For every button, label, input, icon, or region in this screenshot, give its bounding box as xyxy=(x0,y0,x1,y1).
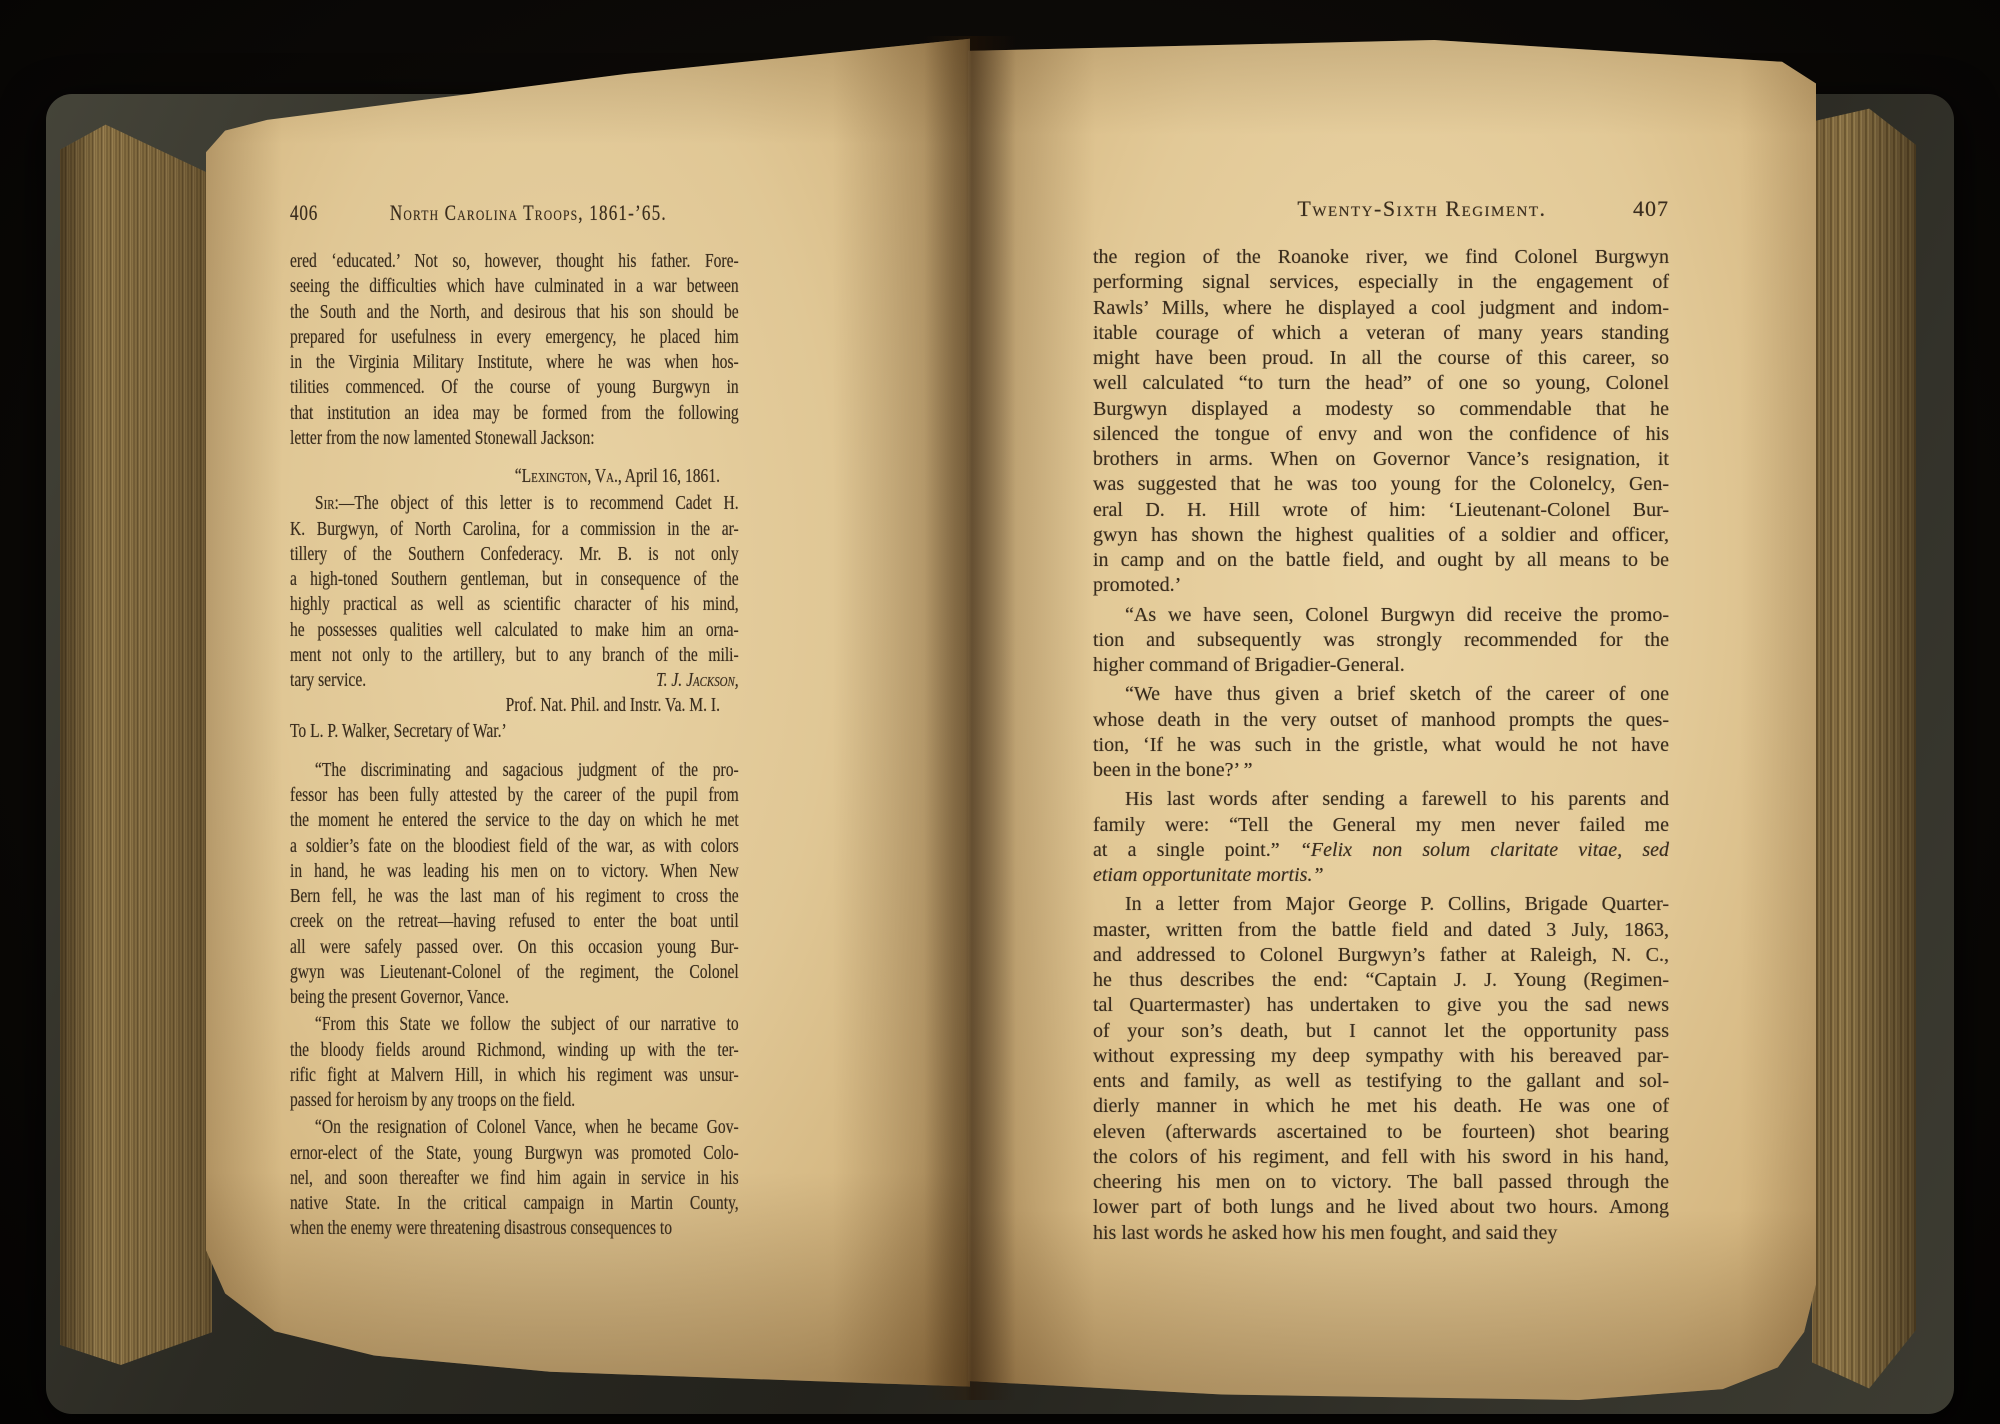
text-line: cheering his men on to victory. The ball… xyxy=(1093,1170,1669,1195)
text-line: being the present Governor, Vance. xyxy=(290,985,739,1010)
text-segment: “From this State we follow the subject o… xyxy=(315,1013,739,1035)
text-segment: tion, ‘If he was such in the gristle, wh… xyxy=(1093,734,1669,756)
text-line: in hand, he was leading his men on to vi… xyxy=(290,859,739,884)
text-line: family were: “Tell the General my men ne… xyxy=(1093,813,1669,838)
text-segment: brothers in arms. When on Governor Vance… xyxy=(1093,448,1669,470)
text-segment: “We have thus given a brief sketch of th… xyxy=(1125,683,1669,705)
text-line: native State. In the critical campaign i… xyxy=(290,1191,739,1216)
text-line: ents and family, as well as testifying t… xyxy=(1093,1069,1669,1094)
text-segment: he thus describes the end: “Captain J. J… xyxy=(1093,969,1669,991)
text-segment: ment not only to the artillery, but to a… xyxy=(290,644,739,666)
text-segment: he possesses qualities well calculated t… xyxy=(290,619,739,641)
text-segment: at a single point.” xyxy=(1093,839,1300,861)
right-page-text: the region of the Roanoke river, we find… xyxy=(1093,245,1669,1246)
photo-background: 406 North Carolina Troops, 1861-’65. ere… xyxy=(0,0,2000,1424)
text-segment: that institution an idea may be formed f… xyxy=(290,402,739,424)
text-line: without expressing my deep sympathy with… xyxy=(1093,1044,1669,1069)
text-line: etiam opportunitate mortis.” xyxy=(1093,863,1669,888)
text-segment: performing signal services, especially i… xyxy=(1093,271,1669,293)
text-segment: tillery of the Southern Confederacy. Mr.… xyxy=(290,543,739,565)
text-line: “As we have seen, Colonel Burgwyn did re… xyxy=(1093,603,1669,628)
text-segment: master, written from the battle field an… xyxy=(1093,919,1669,941)
text-segment: the region of the Roanoke river, we find… xyxy=(1093,246,1669,268)
text-segment: native State. In the critical campaign i… xyxy=(290,1192,739,1214)
text-segment: creek on the retreat—having refused to e… xyxy=(290,910,739,932)
text-line: gwyn was Lieutenant-Colonel of the regim… xyxy=(290,960,739,985)
text-line: “The discriminating and sagacious judgme… xyxy=(290,758,739,783)
text-segment: the bloody fields around Richmond, windi… xyxy=(290,1039,739,1061)
text-line: tilities commenced. Of the course of you… xyxy=(290,375,739,400)
text-line: Prof. Nat. Phil. and Instr. Va. M. I. xyxy=(290,693,739,718)
text-line: tary service.T. J. Jackson, xyxy=(290,668,739,693)
paragraph: In a letter from Major George P. Collins… xyxy=(1093,892,1669,1246)
text-segment: silenced the tongue of envy and won the … xyxy=(1093,423,1669,445)
left-page-content: 406 North Carolina Troops, 1861-’65. ere… xyxy=(290,200,739,1242)
text-segment: highly practical as well as scientific c… xyxy=(290,593,739,615)
text-line: a high-toned Southern gentleman, but in … xyxy=(290,567,739,592)
text-segment: his last words he asked how his men foug… xyxy=(1093,1222,1557,1244)
paragraph: the region of the Roanoke river, we find… xyxy=(1093,245,1669,599)
text-segment: Prof. Nat. Phil. and Instr. Va. M. I. xyxy=(506,694,720,716)
text-line: master, written from the battle field an… xyxy=(1093,918,1669,943)
text-line: “Lexington, Va., April 16, 1861. xyxy=(290,464,739,489)
text-segment: gwyn was Lieutenant-Colonel of the regim… xyxy=(290,961,739,983)
text-segment: K. Burgwyn, of North Carolina, for a com… xyxy=(290,518,739,540)
text-line: nel, and soon thereafter we find him aga… xyxy=(290,1166,739,1191)
paragraph: Sir:—The object of this letter is to rec… xyxy=(290,491,739,744)
text-line: tion and subsequently was strongly recom… xyxy=(1093,628,1669,653)
paragraph: ered ‘educated.’ Not so, however, though… xyxy=(290,249,739,451)
text-segment: “On the resignation of Colonel Vance, wh… xyxy=(315,1116,739,1138)
paragraph: His last words after sending a farewell … xyxy=(1093,787,1669,888)
text-segment: nel, and soon thereafter we find him aga… xyxy=(290,1167,739,1189)
text-segment: gwyn has shown the highest qualities of … xyxy=(1093,524,1669,546)
text-line: ment not only to the artillery, but to a… xyxy=(290,643,739,668)
text-line: the region of the Roanoke river, we find… xyxy=(1093,245,1669,270)
text-line: Sir:—The object of this letter is to rec… xyxy=(290,491,739,516)
small-caps-text: Sir xyxy=(315,492,335,514)
text-segment: promoted.’ xyxy=(1093,574,1181,596)
text-segment: been in the bone?’ ” xyxy=(1093,759,1253,781)
text-line: he possesses qualities well calculated t… xyxy=(290,618,739,643)
text-line: in the Virginia Military Institute, wher… xyxy=(290,350,739,375)
text-segment: rific fight at Malvern Hill, in which hi… xyxy=(290,1064,739,1086)
text-line: ernor-elect of the State, young Burgwyn … xyxy=(290,1141,739,1166)
text-segment: family were: “Tell the General my men ne… xyxy=(1093,814,1669,836)
paragraph: “On the resignation of Colonel Vance, wh… xyxy=(290,1115,739,1241)
text-segment: a soldier’s fate on the bloodiest field … xyxy=(290,835,739,857)
paragraph: “Lexington, Va., April 16, 1861. xyxy=(290,464,739,489)
text-segment: the colors of his regiment, and fell wit… xyxy=(1093,1146,1669,1168)
text-line: promoted.’ xyxy=(1093,573,1669,598)
text-line: His last words after sending a farewell … xyxy=(1093,787,1669,812)
text-segment: “As we have seen, Colonel Burgwyn did re… xyxy=(1125,604,1669,626)
text-segment: ered ‘educated.’ Not so, however, though… xyxy=(290,250,739,272)
text-segment: tion and subsequently was strongly recom… xyxy=(1093,629,1669,651)
text-line: tion, ‘If he was such in the gristle, wh… xyxy=(1093,733,1669,758)
text-segment: and addressed to Colonel Burgwyn’s fathe… xyxy=(1093,944,1669,966)
text-line: a soldier’s fate on the bloodiest field … xyxy=(290,834,739,859)
right-running-header: Twenty-Sixth Regiment. 407 xyxy=(1093,196,1669,222)
text-line: of your son’s death, but I cannot let th… xyxy=(1093,1019,1669,1044)
text-line: when the enemy were threatening disastro… xyxy=(290,1216,739,1241)
text-line: might have been proud. In all the course… xyxy=(1093,346,1669,371)
text-line: the colors of his regiment, and fell wit… xyxy=(1093,1145,1669,1170)
text-segment: of your son’s death, but I cannot let th… xyxy=(1093,1020,1669,1042)
text-segment: in the Virginia Military Institute, wher… xyxy=(290,351,739,373)
text-line: the South and the North, and desirous th… xyxy=(290,300,739,325)
text-segment: Rawls’ Mills, where he displayed a cool … xyxy=(1093,297,1669,319)
text-segment: dierly manner in which he met his death.… xyxy=(1093,1095,1669,1117)
text-segment: in hand, he was leading his men on to vi… xyxy=(290,860,739,882)
text-line: well calculated “to turn the head” of on… xyxy=(1093,371,1669,396)
text-segment: :—The object of this letter is to recomm… xyxy=(335,492,739,514)
text-line: passed for heroism by any troops on the … xyxy=(290,1088,739,1113)
text-segment: letter from the now lamented Stonewall J… xyxy=(290,427,595,449)
text-segment: a high-toned Southern gentleman, but in … xyxy=(290,568,739,590)
text-line: tal Quartermaster) has undertaken to giv… xyxy=(1093,993,1669,1018)
text-line: all were safely passed over. On this occ… xyxy=(290,935,739,960)
italic-text: “Felix non solum claritate vitae, sed xyxy=(1300,839,1669,861)
text-line: letter from the now lamented Stonewall J… xyxy=(290,426,739,451)
text-line: seeing the difficulties which have culmi… xyxy=(290,274,739,299)
text-line: gwyn has shown the highest qualities of … xyxy=(1093,523,1669,548)
paragraph: “As we have seen, Colonel Burgwyn did re… xyxy=(1093,603,1669,679)
text-line: been in the bone?’ ” xyxy=(1093,758,1669,783)
text-line: Bern fell, he was the last man of his re… xyxy=(290,884,739,909)
text-line: “On the resignation of Colonel Vance, wh… xyxy=(290,1115,739,1140)
text-line: eral D. H. Hill wrote of him: ‘Lieutenan… xyxy=(1093,498,1669,523)
left-running-header: 406 North Carolina Troops, 1861-’65. xyxy=(290,200,739,226)
text-segment: being the present Governor, Vance. xyxy=(290,986,509,1008)
text-line: he thus describes the end: “Captain J. J… xyxy=(1093,968,1669,993)
text-line: rific fight at Malvern Hill, in which hi… xyxy=(290,1063,739,1088)
text-line: at a single point.” “Felix non solum cla… xyxy=(1093,838,1669,863)
text-line: To L. P. Walker, Secretary of War.’ xyxy=(290,719,739,744)
text-segment: “The discriminating and sagacious judgme… xyxy=(315,759,739,781)
text-line: ered ‘educated.’ Not so, however, though… xyxy=(290,249,739,274)
text-segment: In a letter from Major George P. Collins… xyxy=(1125,893,1669,915)
text-segment: well calculated “to turn the head” of on… xyxy=(1093,372,1669,394)
text-line: Burgwyn displayed a modesty so commendab… xyxy=(1093,397,1669,422)
text-segment: whose death in the very outset of manhoo… xyxy=(1093,709,1669,731)
text-line: the bloody fields around Richmond, windi… xyxy=(290,1038,739,1063)
text-segment: Bern fell, he was the last man of his re… xyxy=(290,885,739,907)
text-segment: eleven (afterwards ascertained to be fou… xyxy=(1093,1121,1669,1143)
left-header-title: North Carolina Troops, 1861-’65. xyxy=(318,200,739,226)
small-caps-text: T. J. Jackson, xyxy=(656,668,739,693)
right-page-edges xyxy=(1812,106,1916,1408)
text-segment: tary service. xyxy=(290,668,366,693)
text-line: In a letter from Major George P. Collins… xyxy=(1093,892,1669,917)
text-segment: cheering his men on to victory. The ball… xyxy=(1093,1171,1669,1193)
text-line: was suggested that he was too young for … xyxy=(1093,472,1669,497)
text-segment: tilities commenced. Of the course of you… xyxy=(290,376,739,398)
text-line: whose death in the very outset of manhoo… xyxy=(1093,708,1669,733)
text-segment: lower part of both lungs and he lived ab… xyxy=(1093,1196,1669,1218)
right-page: Twenty-Sixth Regiment. 407 the region of… xyxy=(968,40,1816,1400)
text-line: higher command of Brigadier-General. xyxy=(1093,653,1669,678)
text-line: prepared for usefulness in every emergen… xyxy=(290,325,739,350)
text-segment: without expressing my deep sympathy with… xyxy=(1093,1045,1669,1067)
paragraph: “We have thus given a brief sketch of th… xyxy=(1093,682,1669,783)
text-segment: His last words after sending a farewell … xyxy=(1125,788,1669,810)
text-line: “From this State we follow the subject o… xyxy=(290,1012,739,1037)
text-line: creek on the retreat—having refused to e… xyxy=(290,909,739,934)
text-line: and addressed to Colonel Burgwyn’s fathe… xyxy=(1093,943,1669,968)
left-page-edges xyxy=(60,112,212,1370)
text-line: “We have thus given a brief sketch of th… xyxy=(1093,682,1669,707)
text-segment: might have been proud. In all the course… xyxy=(1093,347,1669,369)
text-segment: Burgwyn displayed a modesty so commendab… xyxy=(1093,398,1669,420)
text-segment: eral D. H. Hill wrote of him: ‘Lieutenan… xyxy=(1093,499,1669,521)
text-segment: in camp and on the battle field, and oug… xyxy=(1093,549,1669,571)
text-line: tillery of the Southern Confederacy. Mr.… xyxy=(290,542,739,567)
text-line: itable courage of which a veteran of man… xyxy=(1093,321,1669,346)
left-page: 406 North Carolina Troops, 1861-’65. ere… xyxy=(206,36,970,1388)
text-segment: ernor-elect of the State, young Burgwyn … xyxy=(290,1142,739,1164)
text-line: in camp and on the battle field, and oug… xyxy=(1093,548,1669,573)
text-line: eleven (afterwards ascertained to be fou… xyxy=(1093,1120,1669,1145)
left-page-text: ered ‘educated.’ Not so, however, though… xyxy=(290,249,739,1242)
text-segment: fessor has been fully attested by the ca… xyxy=(290,784,739,806)
text-segment: To L. P. Walker, Secretary of War.’ xyxy=(290,720,507,742)
text-segment: the moment he entered the service to the… xyxy=(290,809,739,831)
text-line: highly practical as well as scientific c… xyxy=(290,592,739,617)
text-line: silenced the tongue of envy and won the … xyxy=(1093,422,1669,447)
paragraph: “From this State we follow the subject o… xyxy=(290,1012,739,1113)
text-segment: the South and the North, and desirous th… xyxy=(290,301,739,323)
text-line: Rawls’ Mills, where he displayed a cool … xyxy=(1093,296,1669,321)
italic-text: etiam opportunitate mortis.” xyxy=(1093,864,1324,886)
text-line: performing signal services, especially i… xyxy=(1093,270,1669,295)
text-line: lower part of both lungs and he lived ab… xyxy=(1093,1195,1669,1220)
text-line: fessor has been fully attested by the ca… xyxy=(290,783,739,808)
text-line: his last words he asked how his men foug… xyxy=(1093,1221,1669,1246)
right-header-title: Twenty-Sixth Regiment. xyxy=(1093,196,1633,222)
text-line: the moment he entered the service to the… xyxy=(290,808,739,833)
text-segment: passed for heroism by any troops on the … xyxy=(290,1089,575,1111)
text-segment: , April 16, 1861. xyxy=(618,465,720,487)
right-page-content: Twenty-Sixth Regiment. 407 the region of… xyxy=(1093,196,1669,1246)
text-segment: was suggested that he was too young for … xyxy=(1093,473,1669,495)
text-segment: when the enemy were threatening disastro… xyxy=(290,1217,672,1239)
small-caps-text: Lexington, Va. xyxy=(522,465,618,487)
right-page-number: 407 xyxy=(1633,196,1669,222)
text-line: dierly manner in which he met his death.… xyxy=(1093,1094,1669,1119)
text-line: that institution an idea may be formed f… xyxy=(290,401,739,426)
text-line: K. Burgwyn, of North Carolina, for a com… xyxy=(290,517,739,542)
paragraph: “The discriminating and sagacious judgme… xyxy=(290,758,739,1011)
text-segment: itable courage of which a veteran of man… xyxy=(1093,322,1669,344)
text-segment: tal Quartermaster) has undertaken to giv… xyxy=(1093,994,1669,1016)
text-segment: higher command of Brigadier-General. xyxy=(1093,654,1405,676)
text-segment: ents and family, as well as testifying t… xyxy=(1093,1070,1669,1092)
left-page-number: 406 xyxy=(290,200,318,226)
text-line: brothers in arms. When on Governor Vance… xyxy=(1093,447,1669,472)
text-segment: all were safely passed over. On this occ… xyxy=(290,936,739,958)
text-segment: prepared for usefulness in every emergen… xyxy=(290,326,739,348)
text-segment: seeing the difficulties which have culmi… xyxy=(290,275,739,297)
